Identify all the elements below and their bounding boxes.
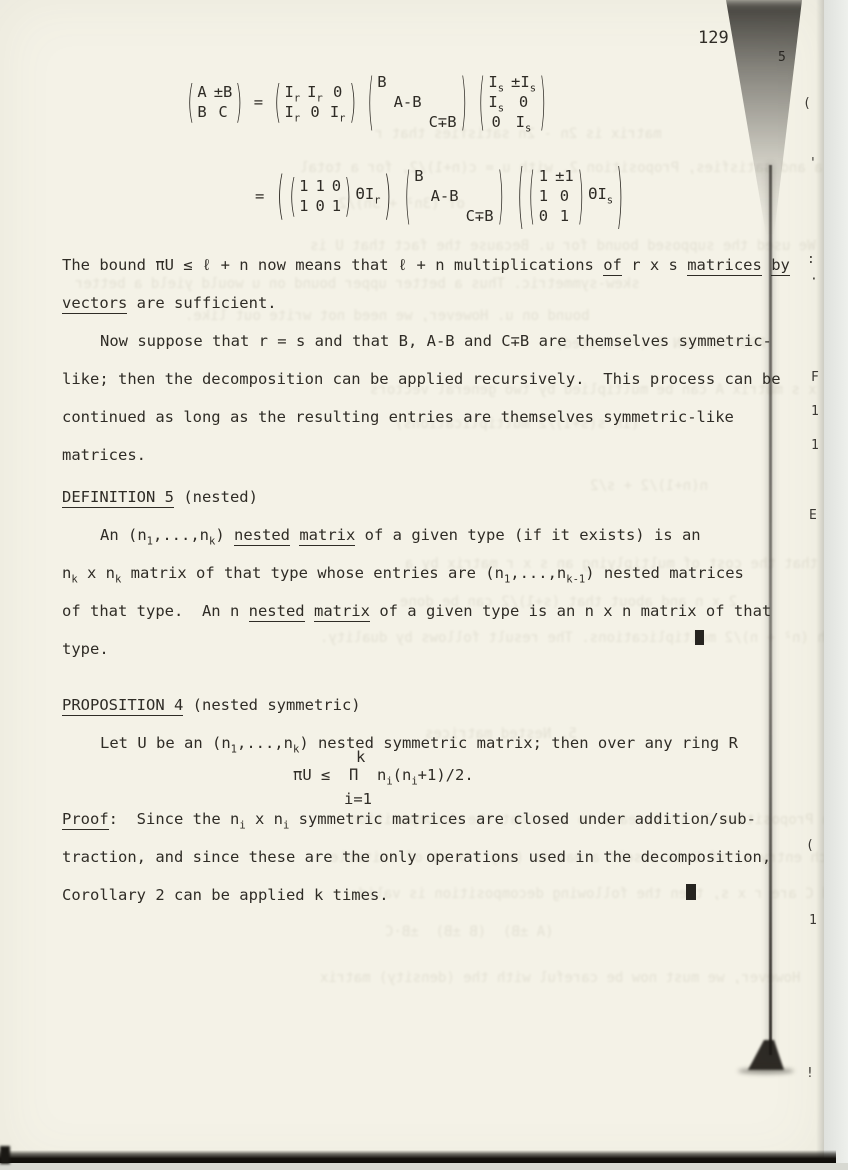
qed-square (686, 884, 696, 900)
text-line-suppose-4: matrices. (62, 444, 146, 466)
matrix-cell (394, 112, 422, 132)
scanned-page: 129 (A±BBC) = (IrIr0Ir0Ir) (BA-BC∓B) (Is… (0, 0, 824, 1170)
matrix-cell (414, 206, 423, 226)
matrix-cell (431, 166, 459, 186)
adjacent-page-mark: ( (806, 838, 814, 853)
kronecker-product-right: ΘIs (588, 185, 613, 207)
matrix-paren: ) (460, 71, 466, 132)
definition-end-marker (695, 630, 704, 645)
matrix-paren: ( (404, 165, 410, 226)
text-line-proposition-1: Let U be an (n1,...,nk) nested symmetric… (100, 732, 738, 761)
text-line-suppose-3: continued as long as the resulting entri… (62, 406, 734, 428)
adjacent-page-mark: : (807, 252, 815, 267)
matrix-cell: 0 (332, 176, 341, 196)
matrix-cell: A-B (431, 186, 459, 206)
matrix-paren: ) (349, 80, 356, 124)
matrix-cell (429, 72, 457, 92)
matrix-cell: 0 (488, 112, 504, 132)
matrix-identity-factor: (IrIr0Ir0Ir) (273, 82, 357, 122)
text-line-bound-2: vectors are sufficient. (62, 292, 277, 314)
matrix-cell: ±1 (555, 166, 574, 186)
matrix-cell: Ir (284, 82, 300, 102)
kronecker-group-right: ( (1±11001) ΘIs ) (514, 166, 627, 226)
text-line-definition-1: An (n1,...,nk) nested matrix of a given … (100, 524, 701, 553)
bleedthrough-text: (A ±B) (B ±B) ±B·C (385, 924, 554, 940)
adjacent-page-mark: F (811, 370, 819, 385)
text-line-proof-3: Corollary 2 can be applied k times. (62, 884, 389, 906)
bleedthrough-text: However, we must now be careful with the… (320, 970, 800, 986)
text-line-proof-1: Proof: Since the ni x ni symmetric matri… (62, 808, 756, 837)
bleedthrough-text: with (n² + n)/2 multiplications. The res… (320, 630, 848, 646)
adjacent-page-mark: · (810, 272, 818, 287)
matrix-paren: ) (577, 165, 583, 226)
matrix-cell: 1 (539, 166, 548, 186)
text-line-proof-2: traction, and since these are the only o… (62, 846, 771, 868)
matrix-paren: ( (529, 165, 535, 226)
matrix-cell: 0 (315, 196, 324, 216)
adjacent-page-mark: ! (806, 1066, 814, 1081)
matrix-cell (377, 112, 386, 132)
matrix-paren: ( (479, 71, 485, 132)
equals-sign: = (254, 187, 265, 205)
kronecker-group-left: ( (110101) ΘIr ) (274, 176, 394, 216)
matrix-lhs: (A±BBC) (186, 82, 244, 122)
matrix-cell: C∓B (466, 206, 494, 226)
equation-1: (A±BBC) = (IrIr0Ir0Ir) (BA-BC∓B) (Is±IsI… (186, 72, 547, 132)
outer-paren: ( (517, 161, 524, 232)
matrix-inner-right: (1±11001) (527, 166, 585, 226)
matrix-cell: Is (488, 72, 504, 92)
bleedthrough-text: n(n+1)/2 + s/2 (590, 478, 708, 494)
text-line-definition-3: of that type. An n nested matrix of a gi… (62, 600, 771, 622)
text-line-suppose-1: Now suppose that r = s and that B, A-B a… (100, 330, 772, 352)
matrix-identity-factor-right: (Is±IsIs00Is) (477, 72, 547, 132)
adjacent-page-mark: E (809, 508, 817, 523)
matrix-cell (394, 72, 422, 92)
matrix-cell: 0 (539, 206, 548, 226)
text-line-definition-4: type. (62, 638, 109, 660)
matrix-paren: ) (344, 174, 351, 218)
matrix-cell: 1 (539, 186, 548, 206)
scanned-document-page: { "page": { "number": "129" }, "colors":… (0, 0, 848, 1170)
matrix-cell: 0 (330, 82, 346, 102)
matrix-cell (431, 206, 459, 226)
formula-main: πU ≤ Π ni(ni+1)/2. (293, 764, 474, 793)
matrix-cell: 1 (555, 206, 574, 226)
text-line-bound-1: The bound πU ≤ ℓ + n now means that ℓ + … (62, 254, 790, 276)
outer-paren: ( (277, 170, 284, 222)
outer-paren: ) (616, 161, 623, 232)
definition-5-heading: DEFINITION 5 (nested) (62, 486, 258, 508)
matrix-cell (466, 166, 494, 186)
matrix-cell (414, 186, 423, 206)
matrix-cell: B (414, 166, 423, 186)
matrix-cell (466, 186, 494, 206)
proposition-4-heading: PROPOSITION 4 (nested symmetric) (62, 694, 361, 716)
matrix-cell: 1 (315, 176, 324, 196)
matrix-paren: ( (367, 71, 373, 132)
adjacent-page-mark: 1 (809, 913, 817, 928)
matrix-cell: 0 (307, 102, 323, 122)
matrix-cell: B (197, 102, 206, 122)
matrix-cell: B (377, 72, 386, 92)
matrix-cell: C (214, 102, 233, 122)
matrix-cell: 1 (299, 176, 308, 196)
page-number: 129 (698, 28, 729, 48)
equals-sign: = (253, 93, 264, 111)
bleedthrough-text: skew-symmetric. Thus a better upper boun… (75, 276, 640, 292)
matrix-cell: 0 (555, 186, 574, 206)
adjacent-page-mark: ' (809, 156, 817, 171)
matrix-cell: 0 (511, 92, 536, 112)
matrix-cell (429, 92, 457, 112)
matrix-cell: Is (511, 112, 536, 132)
matrix-cell: Ir (307, 82, 323, 102)
bleedthrough-text: We used the supposed bound for u. Becaus… (310, 238, 816, 254)
matrix-cell: ±B (214, 82, 233, 102)
equation-2: = ( (110101) ΘIr ) (BA-BC∓B) ( (1±11001)… (254, 166, 626, 226)
matrix-inner-left: (110101) (288, 176, 353, 216)
matrix-cell: A-B (394, 92, 422, 112)
matrix-paren: ( (187, 80, 194, 124)
matrix-paren: ( (289, 174, 296, 218)
matrix-cell: C∓B (429, 112, 457, 132)
matrix-diagonal-factor: (BA-BC∓B) (403, 166, 505, 226)
text-line-suppose-2: like; then the decomposition can be appl… (62, 368, 781, 390)
adjacent-page-mark: ( (803, 96, 811, 111)
kronecker-product-left: ΘIr (356, 185, 381, 207)
matrix-paren: ) (236, 80, 243, 124)
matrix-paren: ) (497, 165, 503, 226)
matrix-cell: Is (488, 92, 504, 112)
matrix-cell (377, 92, 386, 112)
matrix-cell: Ir (284, 102, 300, 122)
matrix-cell: ±Is (511, 72, 536, 92)
adjacent-page-mark: 1 (811, 438, 819, 453)
adjacent-page-mark: 5 (778, 50, 786, 65)
matrix-cell: A (197, 82, 206, 102)
matrix-diagonal-factor: (BA-BC∓B) (366, 72, 468, 132)
adjacent-page-mark: 1 (811, 404, 819, 419)
outer-paren: ) (384, 170, 391, 222)
matrix-cell: Ir (330, 102, 346, 122)
matrix-paren: ( (274, 80, 281, 124)
matrix-paren: ) (540, 71, 546, 132)
bleedthrough-text: and C are r x s, then the following deco… (350, 886, 847, 902)
formula-product-lower-limit: i=1 (344, 788, 372, 810)
matrix-cell: 1 (332, 196, 341, 216)
matrix-cell: 1 (299, 196, 308, 216)
text-line-definition-2: nk x nk matrix of that type whose entrie… (62, 562, 744, 591)
